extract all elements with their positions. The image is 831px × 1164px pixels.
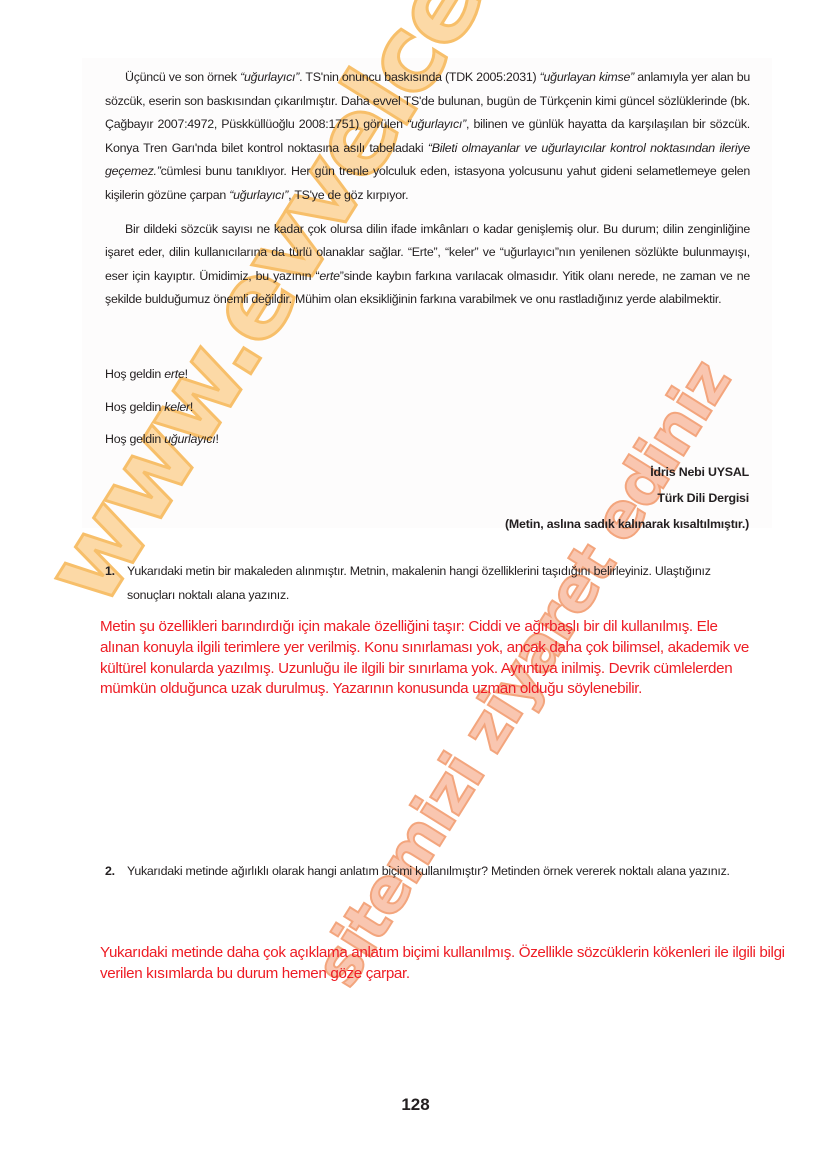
greetings-list: Hoş geldin erte! Hoş geldin keler! Hoş g… — [105, 362, 219, 460]
question-text: Yukarıdaki metinde ağırlıklı olarak hang… — [105, 860, 755, 884]
source-name: Türk Dili Dergisi — [505, 486, 749, 512]
question-number: 2. — [105, 860, 115, 884]
reading-passage: Üçüncü ve son örnek “uğurlayıcı”. TS'nin… — [105, 66, 750, 322]
passage-credits: İdris Nebi UYSAL Türk Dili Dergisi (Meti… — [505, 460, 749, 538]
greeting-line: Hoş geldin keler! — [105, 395, 219, 428]
textbook-page: Üçüncü ve son örnek “uğurlayıcı”. TS'nin… — [0, 0, 831, 1164]
passage-paragraph-1: Üçüncü ve son örnek “uğurlayıcı”. TS'nin… — [105, 66, 750, 208]
question-1: 1. Yukarıdaki metin bir makaleden alınmı… — [105, 560, 755, 607]
page-number: 128 — [0, 1095, 831, 1115]
question-text: Yukarıdaki metin bir makaleden alınmıştı… — [105, 560, 755, 607]
answer-1: Metin şu özellikleri barındırdığı için m… — [100, 617, 760, 700]
answer-2: Yukarıdaki metinde daha çok açıklama anl… — [100, 943, 820, 985]
author-name: İdris Nebi UYSAL — [505, 460, 749, 486]
source-note: (Metin, aslına sadık kalınarak kısaltılm… — [505, 512, 749, 538]
greeting-line: Hoş geldin uğurlayıcı! — [105, 427, 219, 460]
passage-paragraph-2: Bir dildeki sözcük sayısı ne kadar çok o… — [105, 218, 750, 312]
question-number: 1. — [105, 560, 115, 584]
greeting-line: Hoş geldin erte! — [105, 362, 219, 395]
question-2: 2. Yukarıdaki metinde ağırlıklı olarak h… — [105, 860, 755, 884]
